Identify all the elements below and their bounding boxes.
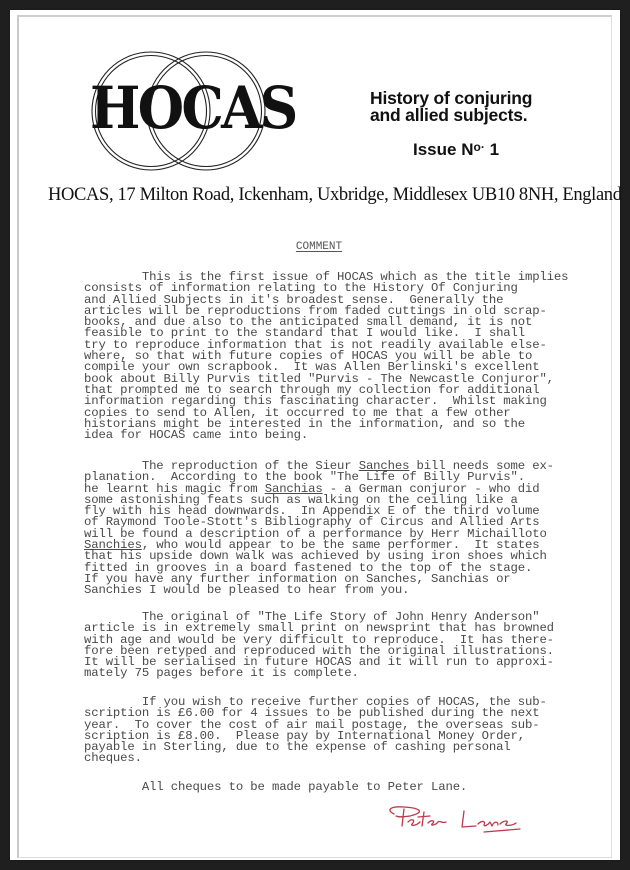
comment-heading-text: COMMENT [288, 241, 342, 253]
text-line: idea for HOCAS came into being. [84, 430, 568, 441]
address-line: HOCAS, 17 Milton Road, Ickenham, Uxbridg… [48, 185, 622, 206]
tagline: History of conjuring and allied subjects… [370, 90, 532, 124]
text-line: payable in Sterling, due to the expense … [84, 742, 547, 753]
text-line: mately 75 pages before it is complete. [84, 668, 554, 679]
issue-label: Issue [413, 140, 456, 159]
handwritten-signature-icon [380, 800, 530, 840]
issue-value: 1 [490, 140, 499, 159]
document-page: HOCAS History of conjuring and allied su… [10, 10, 620, 860]
logo-wordmark: HOCAS [90, 78, 280, 138]
hocas-logo: HOCAS [68, 40, 308, 180]
paragraph-anderson: The original of "The Life Story of John … [84, 612, 554, 680]
text-line: cheques. [84, 753, 547, 764]
tagline-line-2: and allied subjects. [370, 107, 532, 124]
text-line: Sanchies I would be pleased to hear from… [84, 585, 554, 596]
text-line: All cheques to be made payable to Peter … [84, 782, 467, 793]
section-heading: COMMENT [10, 241, 620, 253]
paragraph-intro: This is the first issue of HOCAS which a… [84, 272, 568, 441]
issue-number: Issue No· 1 [413, 140, 499, 160]
paragraph-subscription: If you wish to receive further copies of… [84, 697, 547, 765]
signature [380, 800, 530, 840]
paragraph-cheques: All cheques to be made payable to Peter … [84, 782, 467, 793]
paragraph-sanches: The reproduction of the Sieur Sanches bi… [84, 461, 554, 597]
issue-no-label: No· [461, 140, 485, 159]
